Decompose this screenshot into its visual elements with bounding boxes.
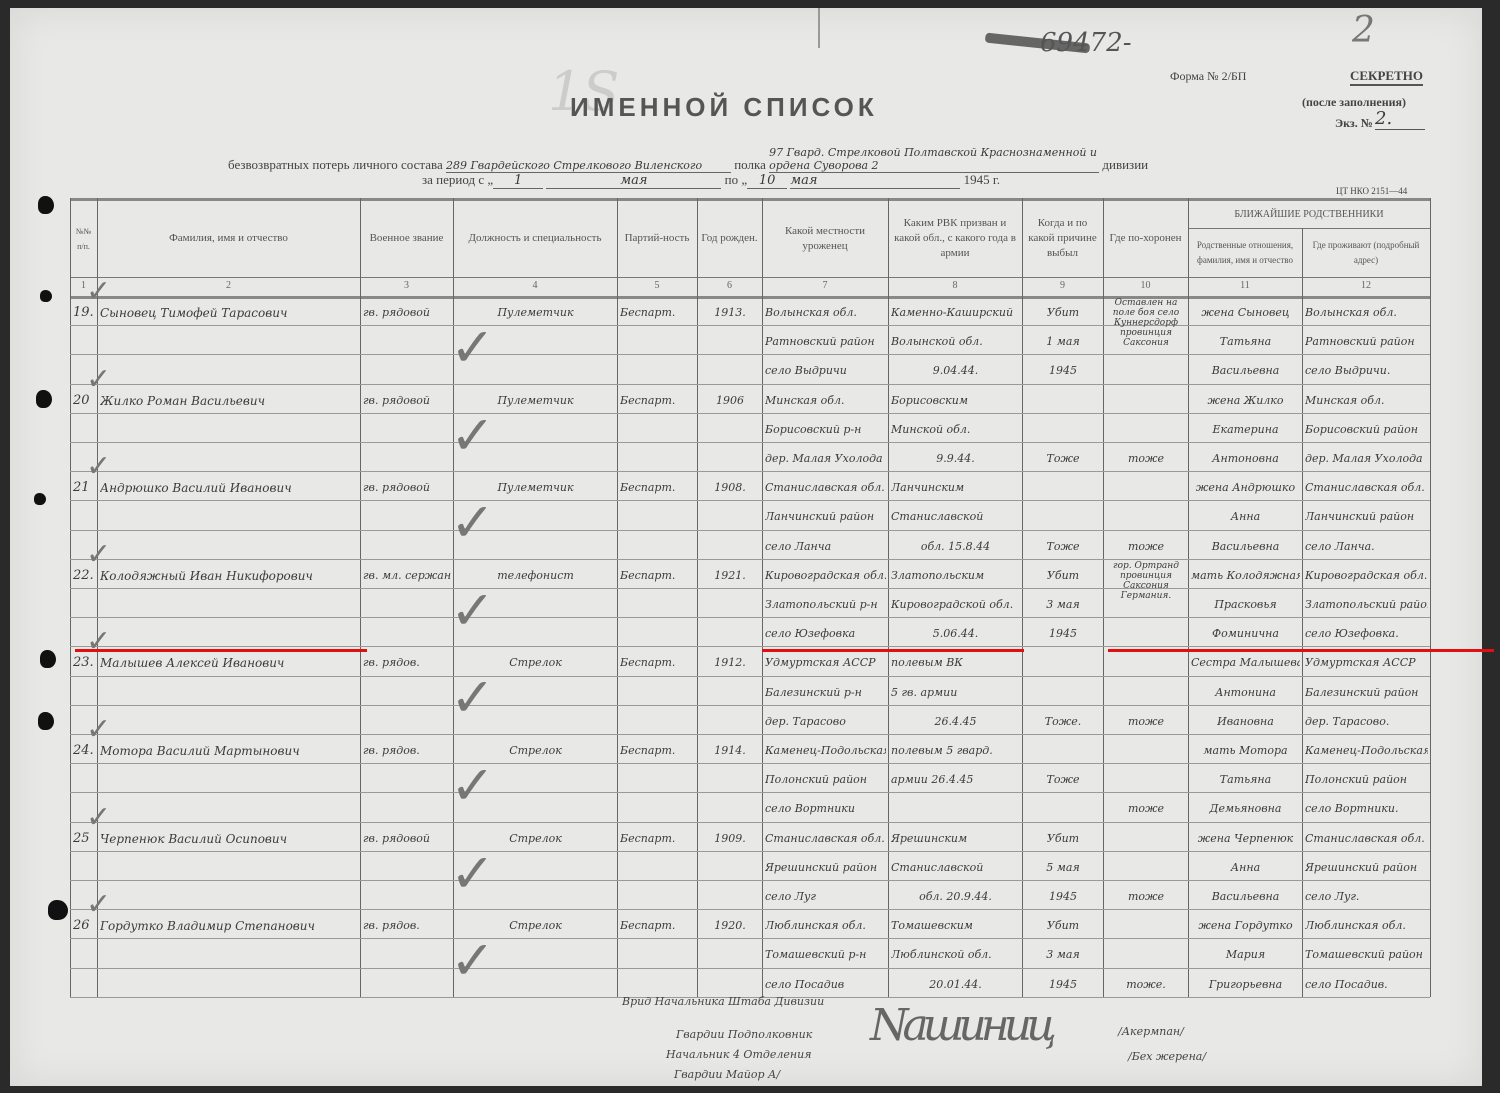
military-rank: гв. рядов. — [363, 656, 451, 670]
departure-reason-line: Убит — [1025, 569, 1101, 583]
relative-line: Татьяна — [1191, 335, 1300, 349]
military-rank: гв. рядов. — [363, 744, 451, 758]
relative-address-line: Волынская обл. — [1305, 306, 1428, 320]
column-header-3: Военное звание — [362, 202, 451, 275]
highlight-underline — [1108, 649, 1494, 652]
fold-mark — [818, 8, 820, 48]
birthplace-line: Златопольский р-н — [765, 598, 886, 612]
birth-year: 1906 — [700, 394, 760, 408]
conscription-office-line: Ланчинским — [891, 481, 1020, 495]
relative-line: Екатерина — [1191, 423, 1300, 437]
birthplace-line: Кировоградская обл. — [765, 569, 886, 583]
conscription-office-line: Ярешинским — [891, 832, 1020, 846]
party-membership: Беспарт. — [620, 832, 695, 846]
check-mark-icon: ✓ — [450, 842, 495, 905]
check-mark-icon: ✓ — [86, 537, 111, 572]
soldier-name: Жилко Роман Васильевич — [100, 394, 358, 408]
period-to-month: мая — [790, 173, 960, 189]
relative-line: Антонина — [1191, 686, 1300, 700]
birthplace-line: Томашевский р-н — [765, 948, 886, 962]
relative-line: Фоминична — [1191, 627, 1300, 641]
relative-address-line: Минская обл. — [1305, 394, 1428, 408]
relative-address-line: Ратновский район — [1305, 335, 1428, 349]
birthplace-line: Полонский район — [765, 773, 886, 787]
birthplace-line: Каменец-Подольская обл. — [765, 744, 886, 758]
secrecy-label: СЕКРЕТНО — [1350, 68, 1423, 86]
birthplace-line: Борисовский р-н — [765, 423, 886, 437]
relative-address-line: дер. Малая Ухолода — [1305, 452, 1428, 466]
column-header-7: Какой местности уроженец — [764, 202, 886, 275]
relative-address-line: Удмуртская АССР — [1305, 656, 1428, 670]
relative-line: Мария — [1191, 948, 1300, 962]
relative-address-line: Балезинский район — [1305, 686, 1428, 700]
column-header-1: №№ п/п. — [72, 202, 95, 275]
column-number-12: 12 — [1302, 280, 1430, 291]
conscription-office-line: Златопольским — [891, 569, 1020, 583]
departure-reason-line: Тоже — [1025, 773, 1101, 787]
relative-line: Демьяновна — [1191, 802, 1300, 816]
relative-line: жена Жилко — [1191, 394, 1300, 408]
punch-hole — [40, 290, 52, 302]
relative-line: Антоновна — [1191, 452, 1300, 466]
signature-line-1: Врид Начальника Штаба Дивизии — [622, 995, 824, 1008]
relative-line: Васильевна — [1191, 540, 1300, 554]
punch-hole — [34, 493, 46, 505]
check-mark-icon: ✓ — [86, 800, 111, 835]
column-number-3: 3 — [360, 280, 453, 291]
birthplace-line: дер. Малая Ухолода — [765, 452, 886, 466]
birth-year: 1913. — [700, 306, 760, 320]
relative-address-line: Полонский район — [1305, 773, 1428, 787]
period-from-day: 1 — [493, 173, 543, 189]
conscription-office-line: обл. 20.9.44. — [891, 890, 1020, 904]
birth-year: 1912. — [700, 656, 760, 670]
relative-address-line: Томашевский район — [1305, 948, 1428, 962]
birthplace-line: Станиславская обл. — [765, 832, 886, 846]
relative-address-line: Златопольский район — [1305, 598, 1428, 612]
check-mark-icon: ✓ — [450, 579, 495, 642]
birth-year: 1909. — [700, 832, 760, 846]
departure-reason-line: 5 мая — [1025, 861, 1101, 875]
birthplace-line: село Посадив — [765, 978, 886, 992]
burial-place: тоже — [1106, 890, 1186, 904]
relative-address-line: Борисовский район — [1305, 423, 1428, 437]
conscription-office-line: армии 26.4.45 — [891, 773, 1020, 787]
signatory-name-1: /Акермпан/ — [1118, 1025, 1184, 1038]
relative-line: жена Андрюшко — [1191, 481, 1300, 495]
conscription-office-line: 5.06.44. — [891, 627, 1020, 641]
check-mark-icon: ✓ — [450, 666, 495, 729]
departure-reason-line: 1945 — [1025, 364, 1101, 378]
punch-hole — [38, 196, 54, 214]
relative-address-line: село Посадив. — [1305, 978, 1428, 992]
departure-reason-line: Убит — [1025, 832, 1101, 846]
regiment-label: полка — [734, 157, 766, 172]
conscription-office-line: 20.01.44. — [891, 978, 1020, 992]
relative-line: Ивановна — [1191, 715, 1300, 729]
soldier-name: Малышев Алексей Иванович — [100, 656, 358, 670]
departure-reason-line: 1945 — [1025, 627, 1101, 641]
departure-reason-line: 3 мая — [1025, 598, 1101, 612]
check-mark-icon: ✓ — [450, 404, 495, 467]
departure-reason-line: 1945 — [1025, 978, 1101, 992]
burial-place: тоже — [1106, 540, 1186, 554]
birthplace-line: село Ланча — [765, 540, 886, 554]
relative-address-line: село Выдричи. — [1305, 364, 1428, 378]
birthplace-line: Ярешинский район — [765, 861, 886, 875]
relative-line: Татьяна — [1191, 773, 1300, 787]
period-to-label: по — [725, 172, 738, 187]
period-label: за период с — [422, 172, 484, 187]
table-top-border — [70, 198, 1430, 201]
conscription-office-line: обл. 15.8.44 — [891, 540, 1020, 554]
burial-place: тоже — [1106, 715, 1186, 729]
handwritten-signature: Nашиниц — [870, 1000, 1051, 1051]
military-rank: гв. мл. сержант — [363, 569, 451, 583]
conscription-office-line: 5 гв. армии — [891, 686, 1020, 700]
conscription-office-line: Люблинской обл. — [891, 948, 1020, 962]
relative-line: жена Гордутко — [1191, 919, 1300, 933]
soldier-name: Колодяжный Иван Никифорович — [100, 569, 358, 583]
birthplace-line: село Луг — [765, 890, 886, 904]
conscription-office-line: полевым ВК — [891, 656, 1020, 670]
column-number-5: 5 — [617, 280, 697, 291]
punch-hole — [48, 900, 68, 920]
birthplace-line: Волынская обл. — [765, 306, 886, 320]
birth-year: 1920. — [700, 919, 760, 933]
burial-place: Оставлен на поле боя село Куннерсдорф пр… — [1106, 298, 1186, 382]
punch-hole — [38, 712, 54, 730]
party-membership: Беспарт. — [620, 919, 695, 933]
relative-line: Григорьевна — [1191, 978, 1300, 992]
relative-line: Анна — [1191, 510, 1300, 524]
birthplace-line: Люблинская обл. — [765, 919, 886, 933]
conscription-office-line: Станиславской — [891, 861, 1020, 875]
highlight-underline — [75, 649, 367, 652]
column-number-4: 4 — [453, 280, 617, 291]
period-to-day: 10 — [747, 173, 787, 189]
relative-address-line: Люблинская обл. — [1305, 919, 1428, 933]
column-divider — [1430, 198, 1431, 997]
header-divider — [70, 277, 1430, 278]
check-mark-icon: ✓ — [450, 754, 495, 817]
column-header-8: Каким РВК призван и какой обл., с какого… — [890, 202, 1020, 275]
relative-line: мать Мотора — [1191, 744, 1300, 758]
birth-year: 1921. — [700, 569, 760, 583]
birthplace-line: Удмуртская АССР — [765, 656, 886, 670]
soldier-name: Гордутко Владимир Степанович — [100, 919, 358, 933]
check-mark-icon: ✓ — [450, 491, 495, 554]
party-membership: Беспарт. — [620, 394, 695, 408]
departure-reason-line: Тоже — [1025, 452, 1101, 466]
check-mark-icon: ✓ — [86, 624, 111, 659]
division-label: дивизии — [1102, 157, 1148, 172]
relative-line: Васильевна — [1191, 890, 1300, 904]
conscription-office-line: 26.4.45 — [891, 715, 1020, 729]
military-rank: гв. рядовой — [363, 306, 451, 320]
signature-line-3: Начальник 4 Отделения — [666, 1048, 812, 1061]
column-number-10: 10 — [1103, 280, 1188, 291]
birthplace-line: Ратновский район — [765, 335, 886, 349]
departure-reason-line: Тоже — [1025, 540, 1101, 554]
relative-line: жена Черпенюк — [1191, 832, 1300, 846]
column-number-7: 7 — [762, 280, 888, 291]
column-header-6: Год рожден. — [699, 202, 760, 275]
relative-address-line: Станиславская обл. — [1305, 481, 1428, 495]
relative-line: жена Сыновец — [1191, 306, 1300, 320]
regiment-value: 289 Гвардейского Стрелкового Виленского — [446, 159, 731, 173]
conscription-office-line: Борисовским — [891, 394, 1020, 408]
birthplace-line: село Юзефовка — [765, 627, 886, 641]
punch-hole — [36, 390, 52, 408]
conscription-office-line: Каменно-Каширский — [891, 306, 1020, 320]
burial-place: тоже — [1106, 452, 1186, 466]
conscription-office-line: 9.9.44. — [891, 452, 1020, 466]
losses-label: безвозвратных потерь личного состава — [228, 157, 443, 172]
check-mark-icon: ✓ — [450, 929, 495, 992]
check-mark-icon: ✓ — [86, 712, 111, 747]
check-mark-icon: ✓ — [86, 887, 111, 922]
party-membership: Беспарт. — [620, 656, 695, 670]
birthplace-line: село Выдричи — [765, 364, 886, 378]
birthplace-line: село Вортники — [765, 802, 886, 816]
party-membership: Беспарт. — [620, 481, 695, 495]
relative-address-line: Станиславская обл. — [1305, 832, 1428, 846]
party-membership: Беспарт. — [620, 744, 695, 758]
year-suffix: г. — [993, 172, 1000, 187]
signatory-name-2: /Бех жерена/ — [1128, 1050, 1206, 1063]
conscription-office-line: Волынской обл. — [891, 335, 1020, 349]
burial-place: гор. Ортранд провинция Саксония Германия… — [1106, 561, 1186, 645]
punch-hole — [40, 650, 56, 668]
archive-stamp-number: 69472- — [1040, 28, 1132, 58]
period-line: за период с „1 мая по „10 мая 1945 г. — [422, 172, 1000, 189]
relative-address-line: Ланчинский район — [1305, 510, 1428, 524]
departure-reason-line: Убит — [1025, 306, 1101, 320]
departure-reason-line: 1945 — [1025, 890, 1101, 904]
column-number-8: 8 — [888, 280, 1022, 291]
check-mark-icon: ✓ — [86, 274, 111, 309]
relative-address-line: село Луг. — [1305, 890, 1428, 904]
column-number-6: 6 — [697, 280, 762, 291]
relatives-group-divider — [1188, 228, 1430, 229]
relative-address-line: село Вортники. — [1305, 802, 1428, 816]
column-header-10: Где по-хоронен — [1105, 202, 1186, 275]
relative-line: Васильевна — [1191, 364, 1300, 378]
relative-line: мать Колодяжная — [1191, 569, 1300, 583]
birthplace-line: Ланчинский район — [765, 510, 886, 524]
column-number-9: 9 — [1022, 280, 1103, 291]
conscription-office-line: Станиславской — [891, 510, 1020, 524]
birthplace-line: дер. Тарасово — [765, 715, 886, 729]
division-value: 97 Гвард. Стрелковой Полтавской Краснозн… — [769, 146, 1099, 173]
highlight-underline — [762, 649, 1024, 652]
column-header-12: Где проживают (подробный адрес) — [1304, 230, 1428, 275]
relative-address-line: Каменец-Подольская обл. — [1305, 744, 1428, 758]
relatives-group-header: БЛИЖАЙШИЕ РОДСТВЕННИКИ — [1190, 202, 1428, 226]
column-number-11: 11 — [1188, 280, 1302, 291]
conscription-office-line: Кировоградской обл. — [891, 598, 1020, 612]
column-header-5: Партий-ность — [619, 202, 695, 275]
check-mark-icon: ✓ — [86, 449, 111, 484]
birthplace-line: Минская обл. — [765, 394, 886, 408]
relative-address-line: село Ланча. — [1305, 540, 1428, 554]
conscription-office-line: Томашевским — [891, 919, 1020, 933]
relative-address-line: село Юзефовка. — [1305, 627, 1428, 641]
departure-reason-line: 1 мая — [1025, 335, 1101, 349]
document-title: ИМЕННОЙ СПИСОК — [570, 92, 878, 123]
relative-address-line: Ярешинский район — [1305, 861, 1428, 875]
signature-line-4: Гвардии Майор А/ — [674, 1068, 780, 1081]
check-mark-icon: ✓ — [450, 316, 495, 379]
birthplace-line: Станиславская обл. — [765, 481, 886, 495]
year: 1945 — [964, 172, 990, 187]
conscription-office-line: полевым 5 гвард. — [891, 744, 1020, 758]
birth-year: 1908. — [700, 481, 760, 495]
column-header-4: Должность и специальность — [455, 202, 615, 275]
soldier-name: Мотора Василий Мартынович — [100, 744, 358, 758]
copy-value: 2. — [1375, 108, 1425, 130]
soldier-name: Сыновец Тимофей Тарасович — [100, 306, 358, 320]
birthplace-line: Балезинский р-н — [765, 686, 886, 700]
relative-address-line: Кировоградская обл. — [1305, 569, 1428, 583]
soldier-name: Черпенюк Василий Осипович — [100, 832, 358, 846]
burial-place: тоже. — [1106, 978, 1186, 992]
party-membership: Беспарт. — [620, 569, 695, 583]
print-code: ЦТ НКО 2151—44 — [1336, 186, 1407, 196]
column-header-11: Родственные отношения, фамилия, имя и от… — [1190, 230, 1300, 275]
conscription-office-line: 9.04.44. — [891, 364, 1020, 378]
departure-reason-line: Тоже. — [1025, 715, 1101, 729]
departure-reason-line: 3 мая — [1025, 948, 1101, 962]
burial-place: тоже — [1106, 802, 1186, 816]
form-number: Форма № 2/БП — [1170, 69, 1246, 84]
copy-label: Экз. № — [1335, 116, 1373, 131]
column-header-9: Когда и по какой причине выбыл — [1024, 202, 1101, 275]
military-rank: гв. рядовой — [363, 832, 451, 846]
relative-address-line: дер. Тарасово. — [1305, 715, 1428, 729]
period-from-month: мая — [546, 173, 721, 189]
conscription-office-line: Минской обл. — [891, 423, 1020, 437]
military-rank: гв. рядовой — [363, 394, 451, 408]
relative-line: Анна — [1191, 861, 1300, 875]
column-number-2: 2 — [97, 280, 360, 291]
unit-line: безвозвратных потерь личного состава 289… — [228, 146, 1148, 173]
signature-line-2: Гвардии Подполковник — [676, 1028, 812, 1041]
page-number: 2 — [1352, 10, 1375, 51]
soldier-name: Андрюшко Василий Иванович — [100, 481, 358, 495]
column-header-2: Фамилия, имя и отчество — [99, 202, 358, 275]
departure-reason-line: Убит — [1025, 919, 1101, 933]
birth-year: 1914. — [700, 744, 760, 758]
relative-line: Прасковья — [1191, 598, 1300, 612]
military-rank: гв. рядов. — [363, 919, 451, 933]
relative-line: Сестра Малышева — [1191, 656, 1300, 670]
party-membership: Беспарт. — [620, 306, 695, 320]
check-mark-icon: ✓ — [86, 362, 111, 397]
military-rank: гв. рядовой — [363, 481, 451, 495]
